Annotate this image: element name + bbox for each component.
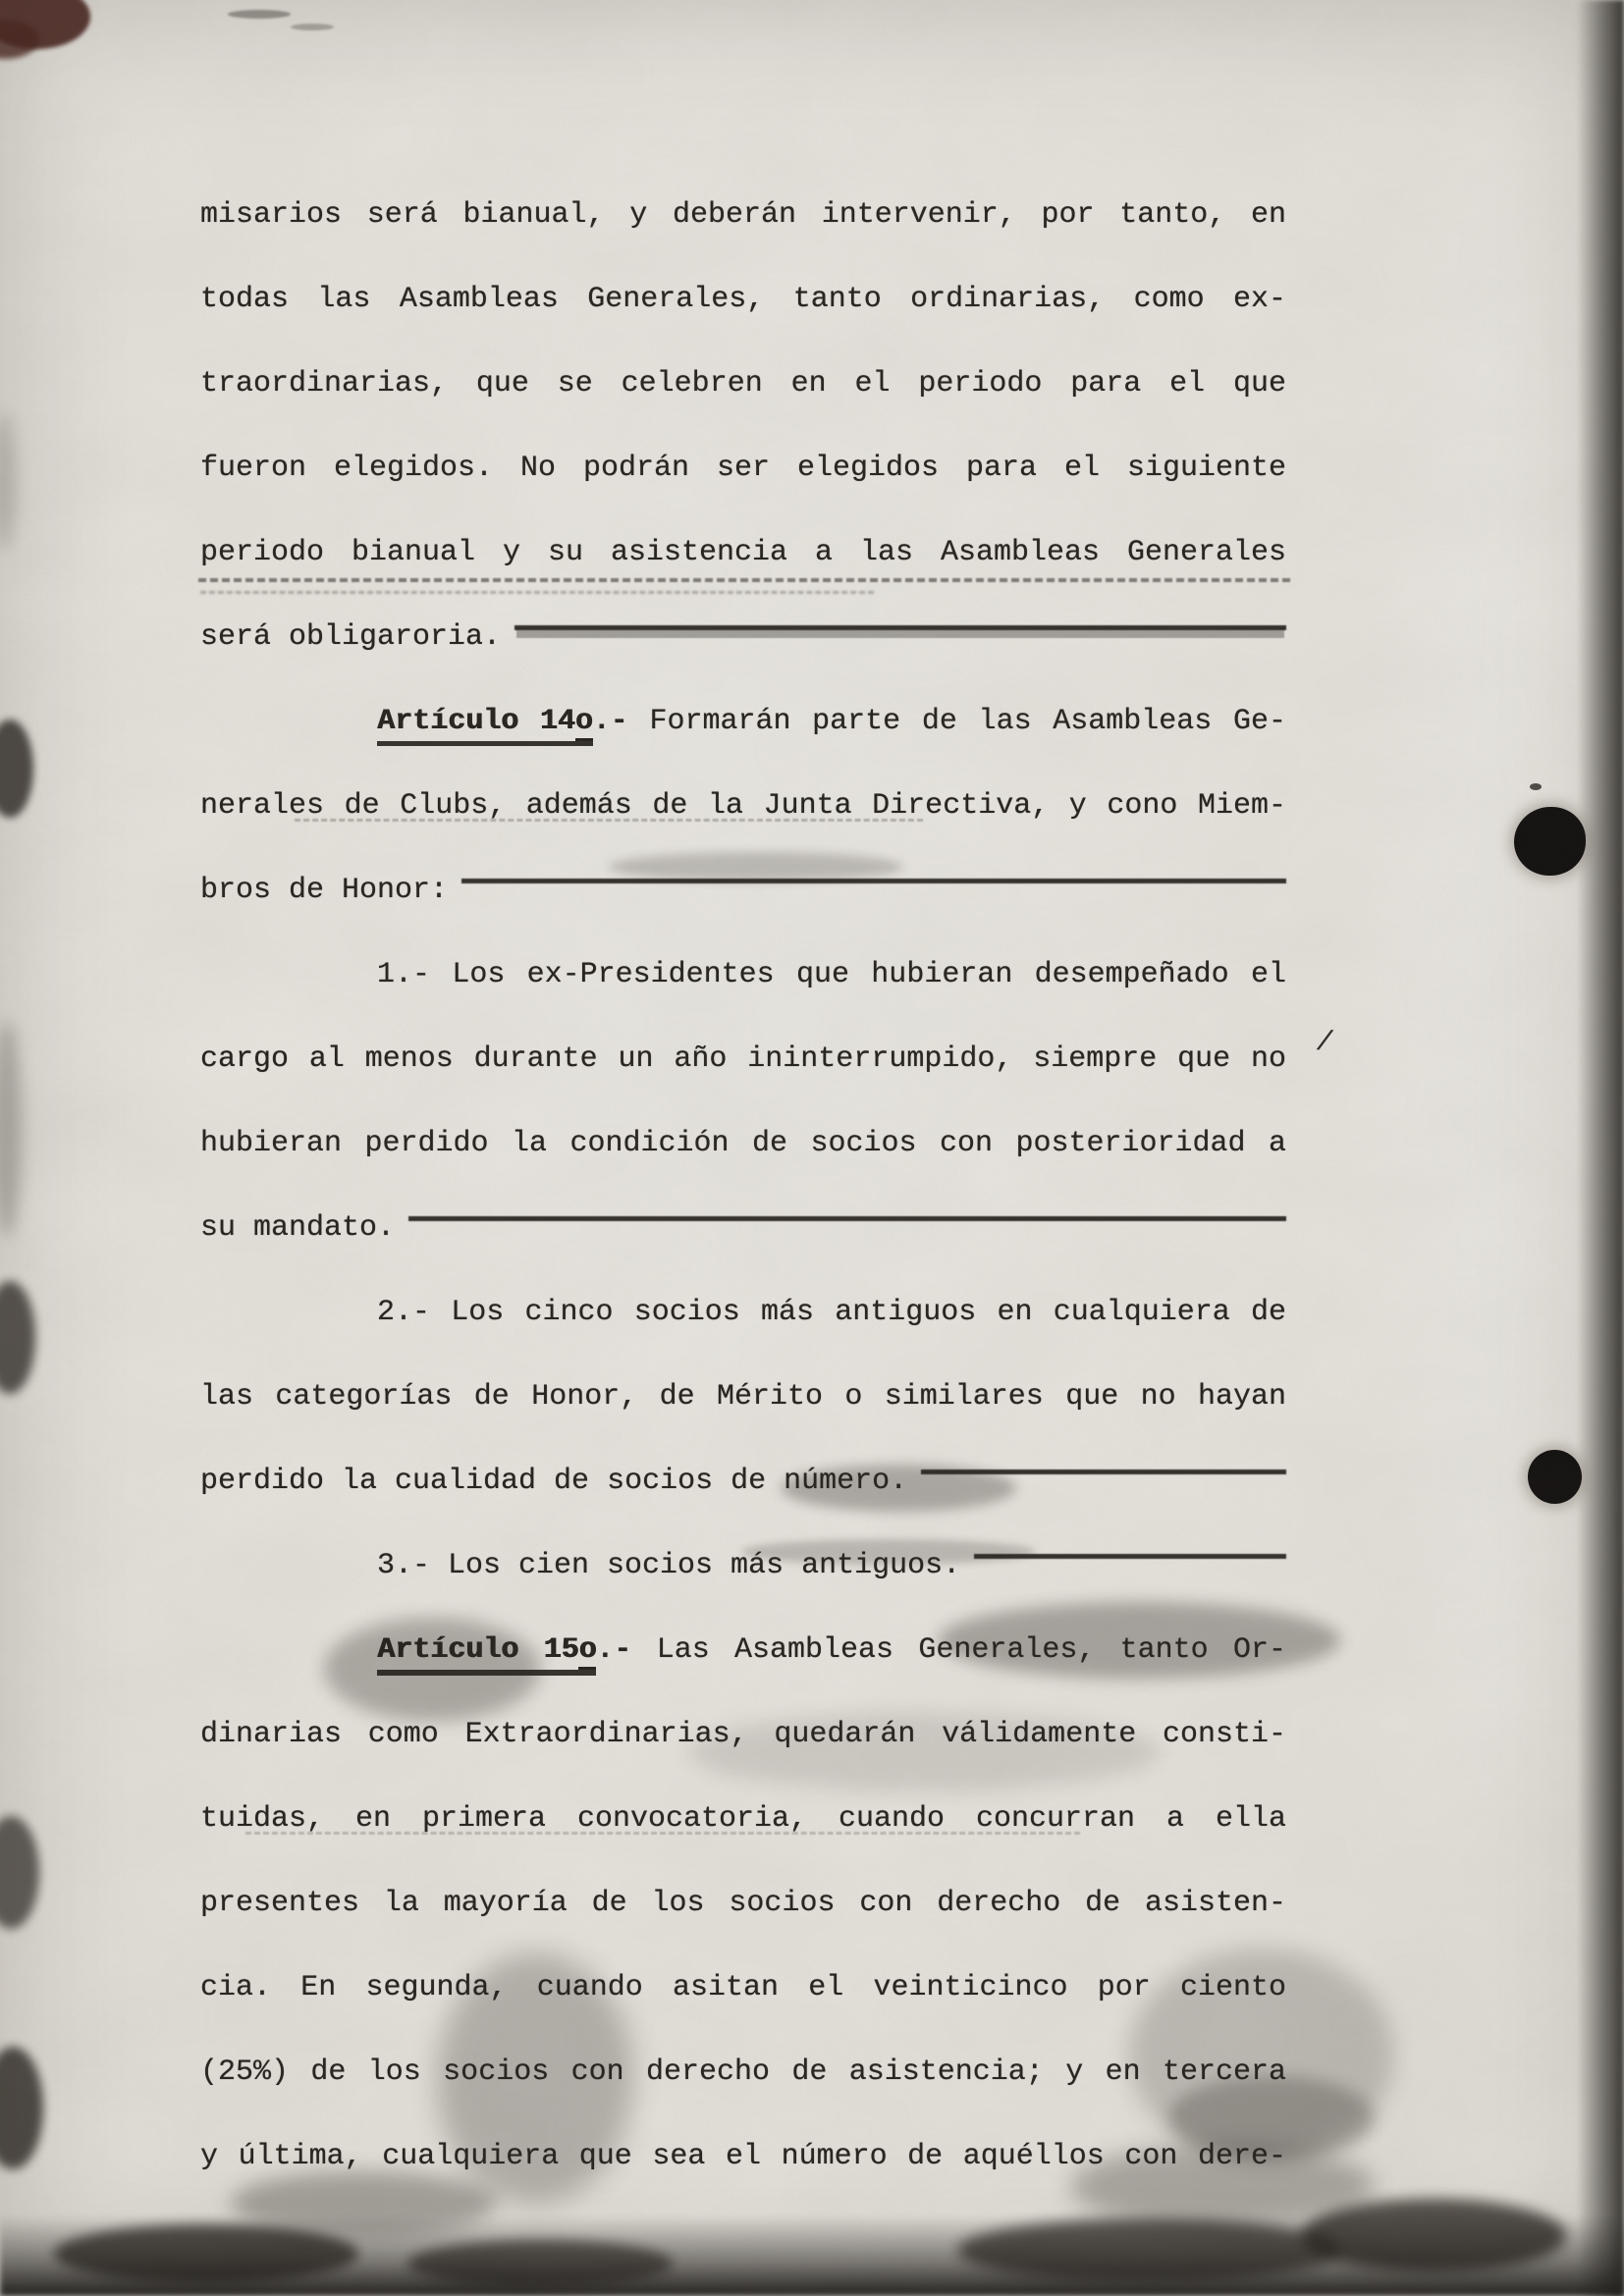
article-14-title-tail: .- (593, 705, 628, 738)
smudge-artifact (0, 1816, 39, 1929)
text-line: hubieran perdido la condición de socios … (200, 1101, 1286, 1186)
dashed-underline (200, 591, 874, 594)
scan-bottom-edge-shadow (0, 2216, 1624, 2296)
smudge-artifact (781, 1465, 1016, 1512)
text-line-underlined: periodo bianual y su asistencia a las As… (200, 510, 1286, 595)
article-14-heading-line: Artículo 14o.- Formarán parte de las Asa… (200, 679, 1286, 764)
text-line: dinarias como Extraordinarias, quedarán … (200, 1692, 1286, 1777)
article-14-title-text: Artículo 14 (377, 705, 575, 738)
text-line: su mandato. (200, 1186, 1286, 1270)
dash-filler-line (921, 1439, 1286, 1474)
smudge-artifact (0, 720, 33, 818)
smudge-artifact (228, 10, 291, 19)
stray-slash-mark: / (1314, 1028, 1335, 1059)
smudge-artifact (0, 1281, 35, 1394)
text-line: será obligaroria. (200, 595, 1286, 679)
text-line: presentes la mayoría de los socios con d… (200, 1861, 1286, 1946)
article-14-heading-rest: Formarán parte de las Asambleas Ge- (649, 705, 1286, 738)
list-item-3-line: 3.- Los cien socios más antiguos. (200, 1523, 1286, 1608)
text-line-content: periodo bianual y su asistencia a las As… (200, 536, 1286, 569)
ghost-dash-line (245, 1832, 1080, 1835)
list-item-1-text: 1.- Los ex-Presidentes que hubieran dese… (377, 958, 1286, 991)
article-15-title-tail: .- (596, 1633, 631, 1667)
list-item-3-text: 3.- Los cien socios más antiguos. (377, 1523, 960, 1608)
text-line: bros de Honor: (200, 848, 1286, 933)
smudge-artifact (291, 24, 334, 30)
ordinal-indicator: o (578, 1633, 596, 1670)
text-line: todas las Asambleas Generales, tanto ord… (200, 257, 1286, 342)
ink-speck (1530, 783, 1542, 790)
text-line: perdido la cualidad de socios de número. (200, 1439, 1286, 1523)
text-line: misarios será bianual, y deberán interve… (200, 173, 1286, 257)
typewritten-text-block: misarios será bianual, y deberán interve… (200, 173, 1286, 2199)
text-line-content: bros de Honor: (200, 848, 448, 933)
smudge-artifact (0, 2047, 43, 2169)
text-line-content: será obligaroria. (200, 595, 501, 679)
list-item-2-line: 2.- Los cinco socios más antiguos en cua… (200, 1270, 1286, 1355)
hole-punch-mark (1514, 807, 1586, 876)
paper-light-area (1394, 98, 1591, 1865)
text-line: cia. En segunda, cuando asitan el veinti… (200, 1946, 1286, 2030)
article-15-heading-rest: Las Asambleas Generales, tanto Or- (657, 1633, 1286, 1667)
dash-filler-line (514, 595, 1286, 630)
scan-right-edge-shadow (1577, 0, 1624, 2296)
article-14-title: Artículo 14o (377, 705, 593, 746)
ordinal-indicator: o (575, 705, 593, 741)
text-line-content: su mandato. (200, 1186, 395, 1270)
dash-filler-line (461, 848, 1286, 883)
smudge-artifact (437, 1953, 633, 2204)
article-15-title: Artículo 15o (377, 1633, 596, 1676)
smudge-artifact (741, 1539, 1036, 1565)
text-line: cargo al menos durante un año ininterrum… (200, 1017, 1286, 1101)
article-15-heading-line: Artículo 15o.- Las Asambleas Generales, … (200, 1608, 1286, 1692)
smudge-artifact (0, 1021, 22, 1237)
ghost-dash-line (295, 819, 923, 822)
paragraph-indent (200, 1523, 377, 1608)
smudge-artifact (0, 412, 16, 550)
text-line: tuidas, en primera convocatoria, cuando … (200, 1777, 1286, 1861)
text-line: (25%) de los socios con derecho de asist… (200, 2030, 1286, 2114)
article-15-title-text: Artículo 15 (377, 1633, 578, 1667)
text-line: nerales de Clubs, además de la Junta Dir… (200, 764, 1286, 848)
dash-filler-line (408, 1186, 1286, 1221)
text-line: traordinarias, que se celebren en el per… (200, 342, 1286, 426)
list-item-1-line: 1.- Los ex-Presidentes que hubieran dese… (200, 933, 1286, 1017)
text-line: las categorías de Honor, de Mérito o sim… (200, 1355, 1286, 1439)
dashed-underline (198, 578, 1290, 582)
hole-punch-mark (1528, 1450, 1582, 1504)
list-item-2-text: 2.- Los cinco socios más antiguos en cua… (377, 1296, 1286, 1329)
scanned-document-page: misarios será bianual, y deberán interve… (0, 0, 1624, 2296)
text-line: fueron elegidos. No podrán ser elegidos … (200, 426, 1286, 510)
